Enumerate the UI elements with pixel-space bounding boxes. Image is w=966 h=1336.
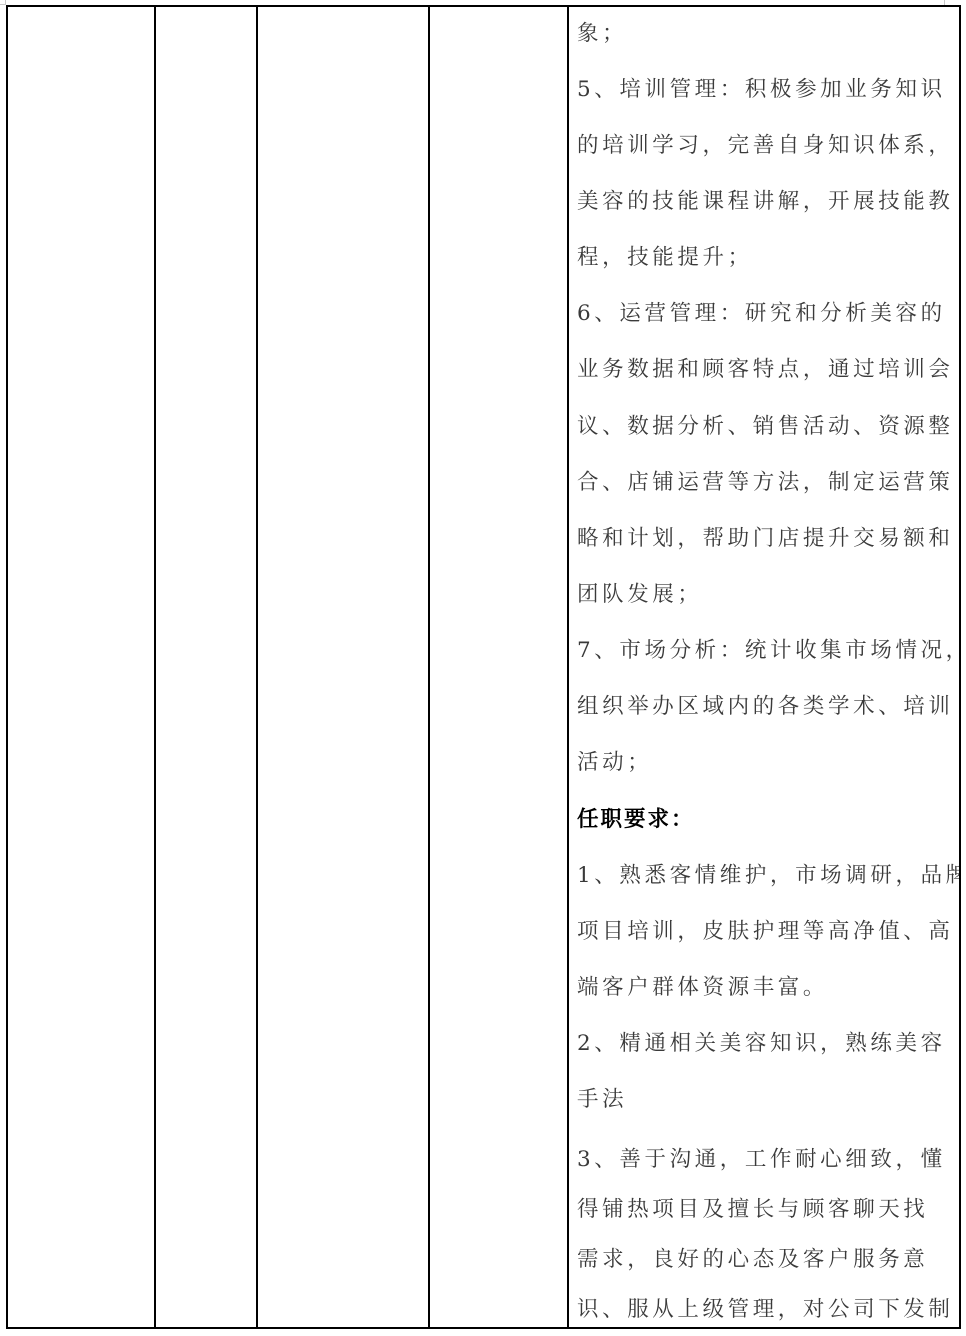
text-line: 美容的技能课程讲解，开展技能教 — [577, 187, 954, 217]
text-line: 略和计划，帮助门店提升交易额和 — [577, 524, 954, 554]
text-line: 象； — [577, 19, 627, 49]
text-line: 议、数据分析、销售活动、资源整 — [577, 412, 954, 442]
text-line: 识、服从上级管理，对公司下发制 — [577, 1295, 954, 1325]
section-heading: 任职要求： — [577, 805, 695, 835]
text-line: 程，技能提升； — [577, 243, 753, 273]
text-line: 端客户群体资源丰富。 — [577, 973, 828, 1003]
text-line: 5、培训管理：积极参加业务知识 — [577, 75, 946, 105]
table-cell-col-4 — [430, 7, 567, 1327]
text-line: 业务数据和顾客特点，通过培训会 — [577, 355, 954, 385]
text-line: 团队发展； — [577, 580, 703, 610]
text-line: 手法 — [577, 1085, 627, 1115]
text-line: 合、店铺运营等方法，制定运营策 — [577, 468, 954, 498]
text-line: 活动； — [577, 748, 652, 778]
text-line: 1、熟悉客情维护，市场调研，品牌 — [577, 861, 959, 891]
text-line: 6、运营管理：研究和分析美容的 — [577, 299, 946, 329]
text-line: 组织举办区域内的各类学术、培训 — [577, 692, 954, 722]
text-line: 7、市场分析：统计收集市场情况， — [577, 636, 959, 666]
text-line: 2、精通相关美容知识，熟练美容 — [577, 1029, 946, 1059]
text-line: 3、善于沟通，工作耐心细致，懂 — [577, 1145, 946, 1175]
table-cell-job-description: 象；5、培训管理：积极参加业务知识的培训学习，完善自身知识体系，美容的技能课程讲… — [569, 7, 959, 1327]
table-cell-col-2 — [156, 7, 256, 1327]
table-cell-col-1 — [8, 7, 154, 1327]
text-line: 的培训学习，完善自身知识体系， — [577, 131, 954, 161]
text-line: 项目培训，皮肤护理等高净值、高 — [577, 917, 954, 947]
text-line: 得铺热项目及擅长与顾客聊天找 — [577, 1195, 928, 1225]
table-cell-col-3 — [258, 7, 428, 1327]
text-line: 需求，良好的心态及客户服务意 — [577, 1245, 928, 1275]
